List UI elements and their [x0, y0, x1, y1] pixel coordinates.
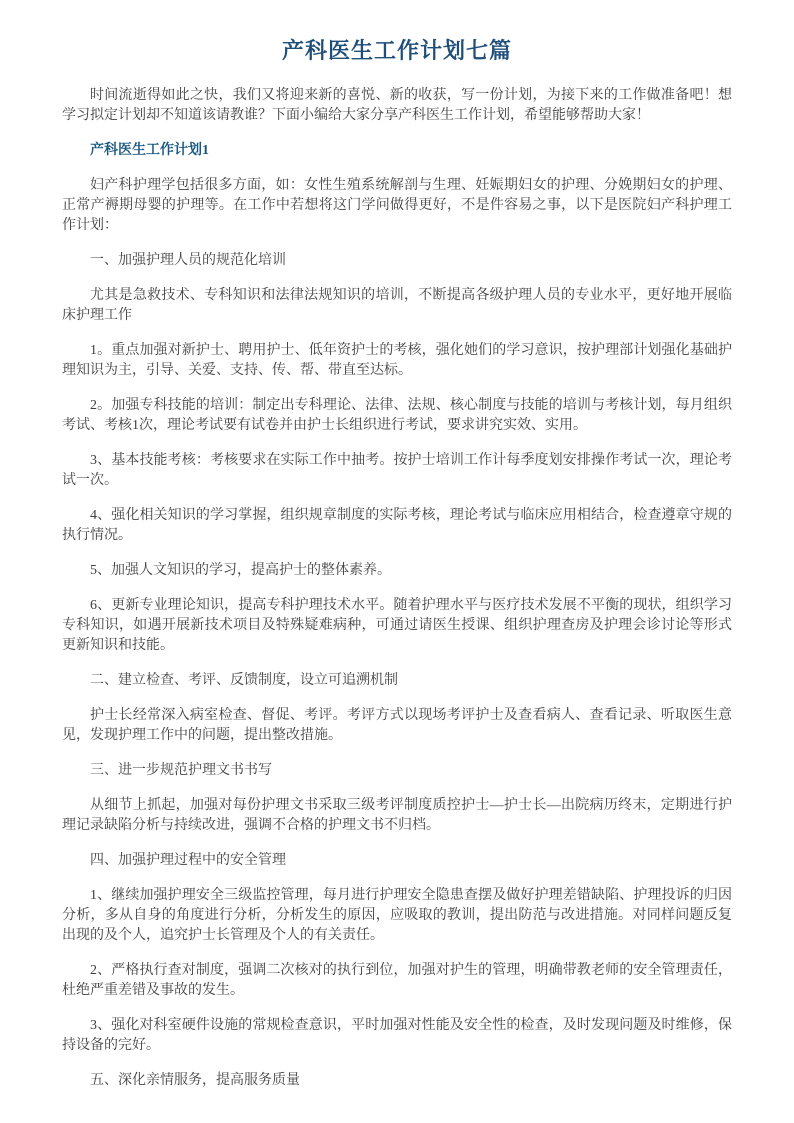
paragraph: 妇产科护理学包括很多方面，如：女性生殖系统解剖与生理、妊娠期妇女的护理、分娩期妇…: [62, 176, 732, 236]
paragraph: 二、建立检查、考评、反馈制度，设立可追溯机制: [62, 671, 732, 691]
section-heading: 产科医生工作计划1: [62, 141, 732, 161]
paragraph: 四、加强护理过程中的安全管理: [62, 851, 732, 871]
paragraph: 尤其是急救技术、专科知识和法律法规知识的培训，不断提高各级护理人员的专业水平，更…: [62, 286, 732, 326]
paragraph: 3、强化对科室硬件设施的常规检查意识，平时加强对性能及安全性的检查，及时发现问题…: [62, 1016, 732, 1056]
document-title: 产科医生工作计划七篇: [62, 34, 732, 65]
paragraph: 护士长经常深入病室检查、督促、考评。考评方式以现场考评护士及查看病人、查看记录、…: [62, 706, 732, 746]
paragraph: 4、强化相关知识的学习掌握，组织规章制度的实际考核，理论考试与临床应用相结合，检…: [62, 506, 732, 546]
document-body: 时间流逝得如此之快，我们又将迎来新的喜悦、新的收获，写一份计划，为接下来的工作做…: [62, 86, 732, 1091]
paragraph: 1、继续加强护理安全三级监控管理，每月进行护理安全隐患查摆及做好护理差错缺陷、护…: [62, 886, 732, 946]
paragraph: 6、更新专业理论知识，提高专科护理技术水平。随着护理水平与医疗技术发展不平衡的现…: [62, 596, 732, 656]
paragraph: 从细节上抓起，加强对每份护理文书采取三级考评制度质控护士—护士长—出院病历终末，…: [62, 796, 732, 836]
document-page: 产科医生工作计划七篇 时间流逝得如此之快，我们又将迎来新的喜悦、新的收获，写一份…: [0, 0, 794, 1123]
paragraph: 时间流逝得如此之快，我们又将迎来新的喜悦、新的收获，写一份计划，为接下来的工作做…: [62, 86, 732, 126]
paragraph: 3、基本技能考核：考核要求在实际工作中抽考。按护士培训工作计每季度划安排操作考试…: [62, 451, 732, 491]
paragraph: 三、进一步规范护理文书书写: [62, 761, 732, 781]
paragraph: 5、加强人文知识的学习，提高护士的整体素养。: [62, 561, 732, 581]
paragraph: 2。加强专科技能的培训：制定出专科理论、法律、法规、核心制度与技能的培训与考核计…: [62, 396, 732, 436]
paragraph: 五、深化亲情服务，提高服务质量: [62, 1071, 732, 1091]
paragraph: 一、加强护理人员的规范化培训: [62, 251, 732, 271]
paragraph: 1。重点加强对新护士、聘用护士、低年资护士的考核，强化她们的学习意识，按护理部计…: [62, 341, 732, 381]
paragraph: 2、严格执行查对制度，强调二次核对的执行到位，加强对护生的管理，明确带教老师的安…: [62, 961, 732, 1001]
